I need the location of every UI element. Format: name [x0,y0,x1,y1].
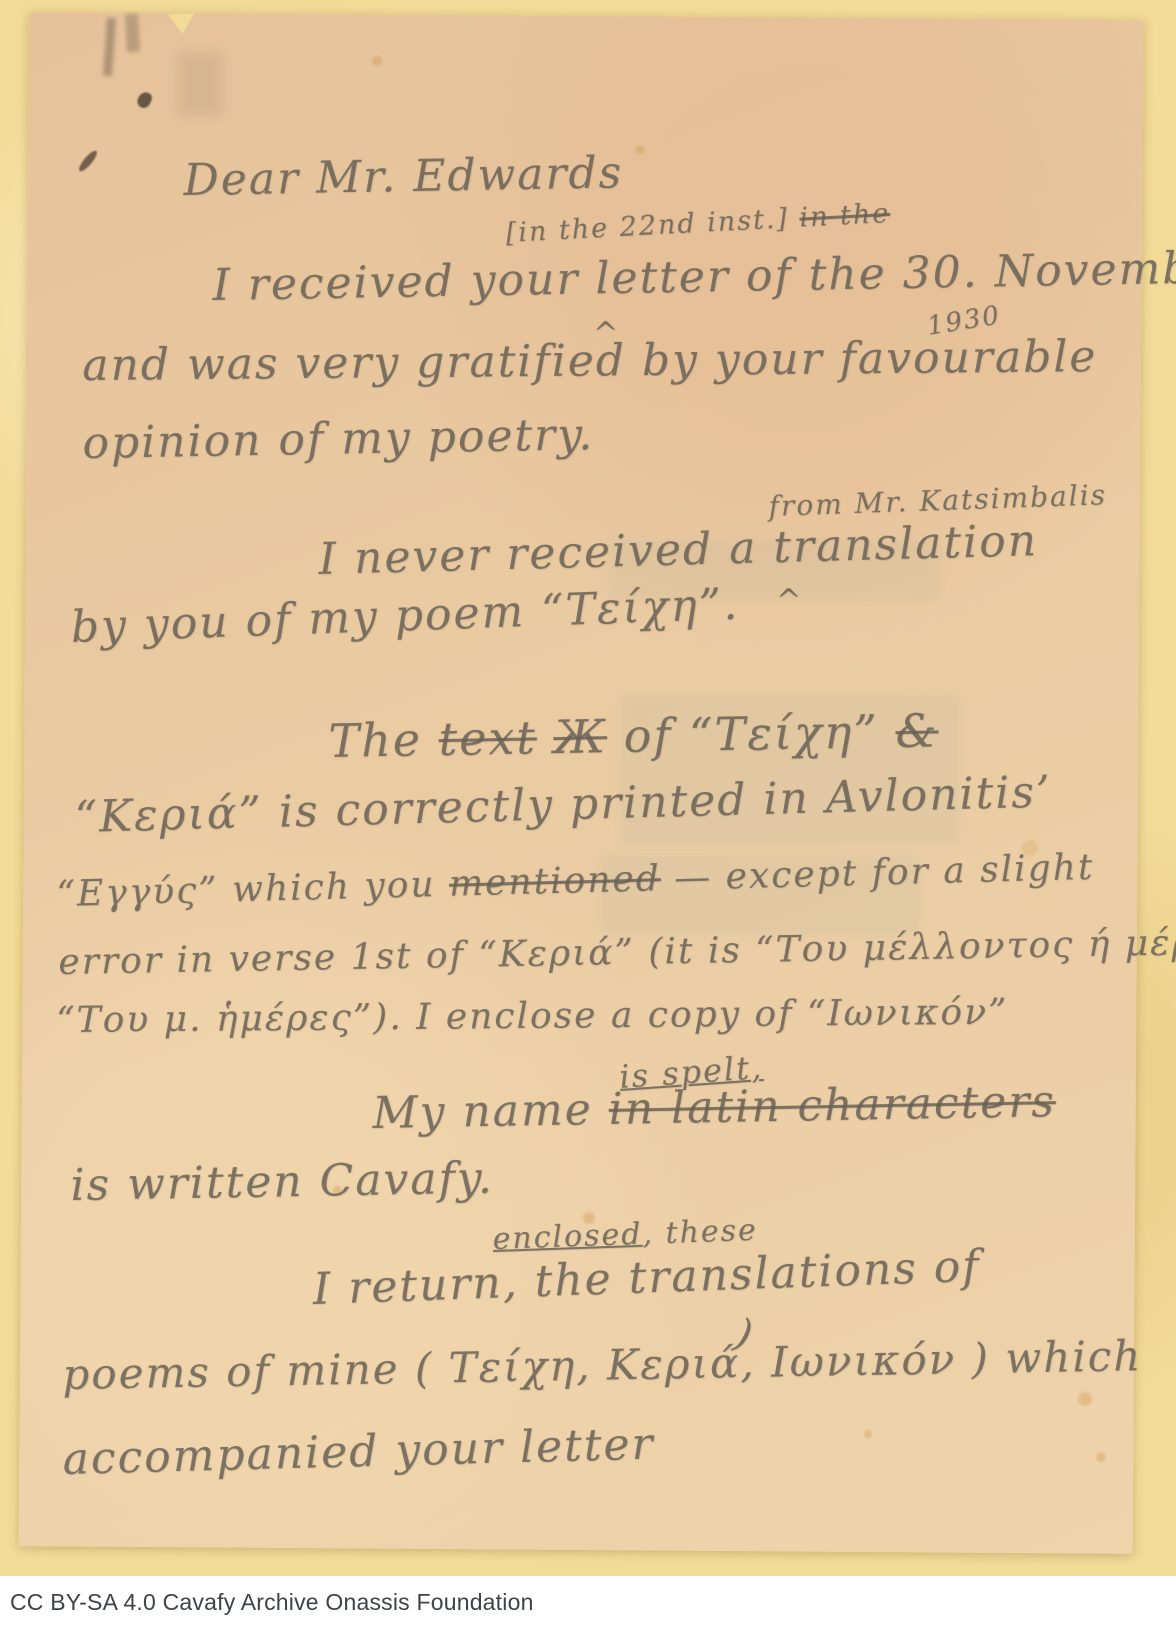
letter-scan-page: Dear Mr. Edwards [in the 22nd inst.] in … [0,0,1176,1626]
handwritten-line: The text Ж of “Τείχη” & [328,703,939,768]
handwritten-line: and was very gratified by your favourabl… [82,331,1098,391]
struck-text: mentioned [448,858,661,905]
caret-glyph: ^ [593,316,620,351]
stain [636,146,644,154]
handwritten-text: and was very gratified by your favourabl… [82,331,1098,391]
underlined-text: enclosed [492,1217,643,1257]
handwritten-line: opinion of my poetry. [82,409,595,469]
handwritten-text: “Του μ. ἡμέρες”). I enclose a copy of “Ι… [56,992,1009,1041]
stain [1096,1452,1106,1462]
salutation-line: Dear Mr. Edwards [183,147,624,206]
license-caption: CC BY-SA 4.0 Cavafy Archive Onassis Foun… [10,1589,534,1616]
handwritten-text: of “Τείχη” [607,704,896,763]
gray-smudge [178,52,222,116]
insertion-caret: ^ [593,316,620,351]
handwritten-text [536,710,554,764]
insertion-caret: ^ [776,583,803,618]
stain [864,1430,872,1438]
struck-text: & [895,703,939,758]
struck-text: text [438,710,537,766]
handwritten-text: The [328,712,439,768]
stain [1078,1392,1092,1406]
handwritten-text: Dear Mr. Edwards [183,147,624,206]
handwritten-text: is written Cavafy. [70,1153,494,1211]
ink-smudge [125,14,140,53]
struck-text: in latin characters [608,1076,1056,1135]
handwritten-text: , these [642,1213,759,1252]
struck-text: Ж [553,709,608,764]
struck-text: in the [799,198,891,234]
stain [372,56,382,66]
handwritten-line: is written Cavafy. [70,1153,494,1211]
handwritten-line: “Του μ. ἡμέρες”). I enclose a copy of “Ι… [56,992,1009,1041]
caret-glyph: ^ [776,583,803,618]
handwritten-text: opinion of my poetry. [82,409,595,469]
handwritten-text: My name [372,1084,609,1139]
